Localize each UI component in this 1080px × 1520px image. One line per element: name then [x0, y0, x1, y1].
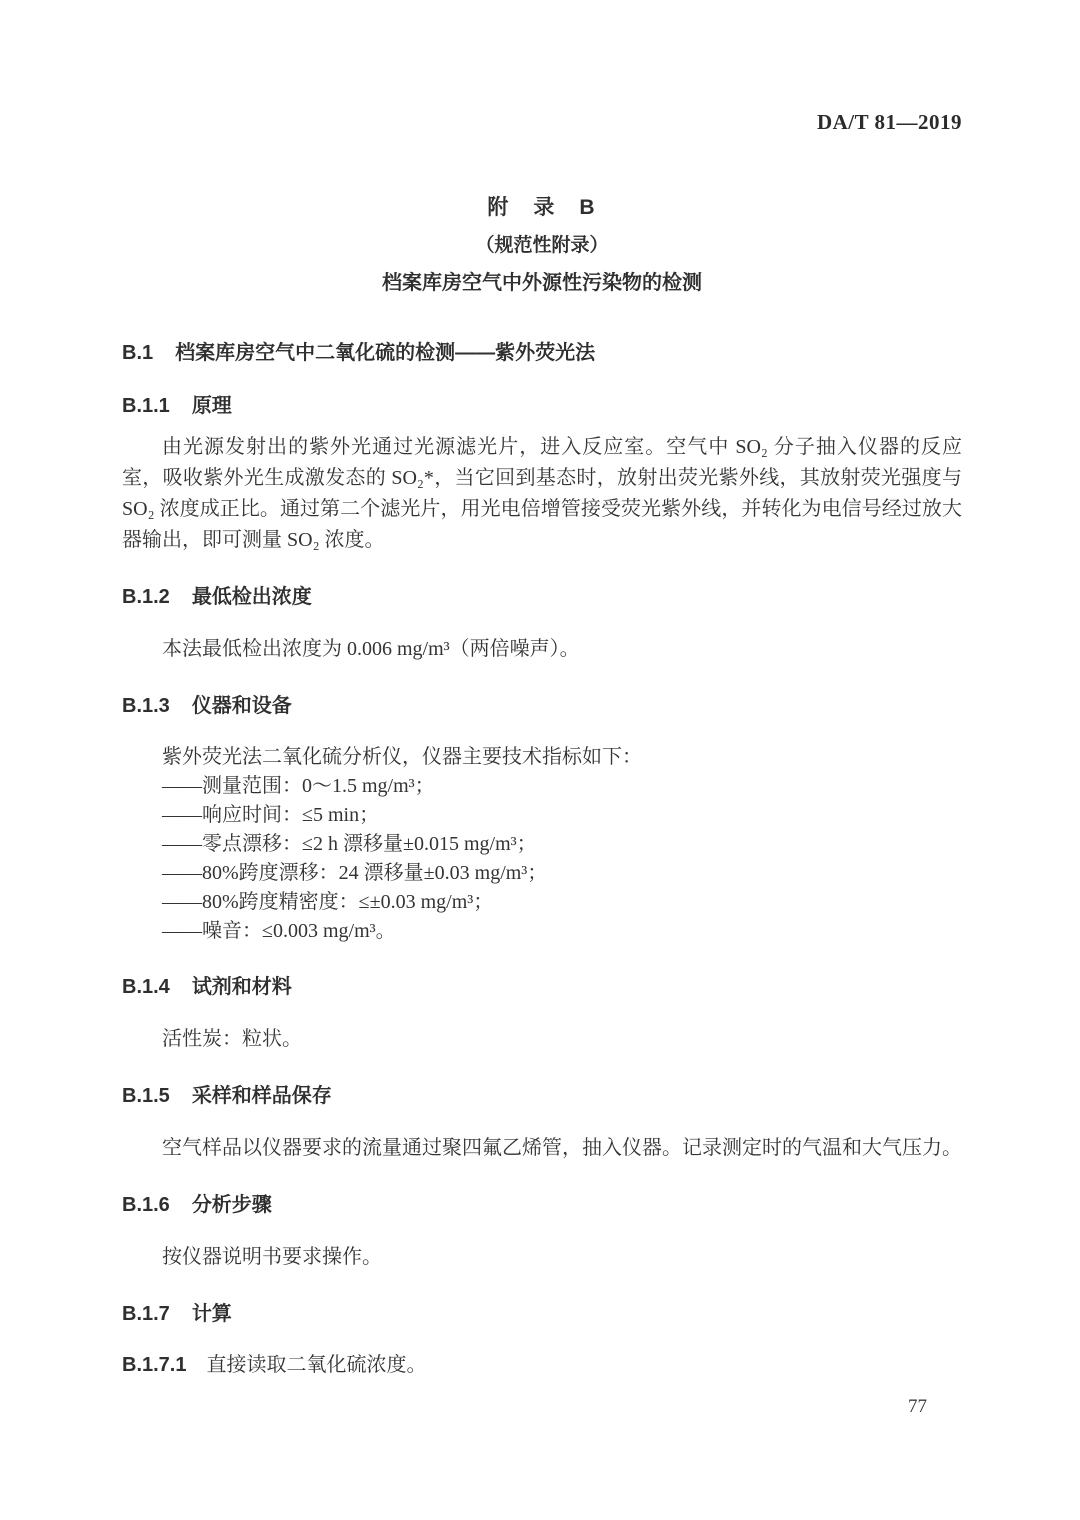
- spec-item-noise: ——噪音：≤0.003 mg/m³。: [122, 917, 962, 946]
- section-b15-heading: B.1.5采样和样品保存: [122, 1084, 962, 1108]
- section-b12-heading: B.1.2最低检出浓度: [122, 585, 962, 609]
- clause-b171-text: 直接读取二氧化硫浓度。: [206, 1354, 426, 1376]
- section-b15-number: B.1.5: [122, 1085, 170, 1107]
- section-b17-title: 计算: [192, 1303, 232, 1325]
- section-b16-title: 分析步骤: [192, 1194, 272, 1216]
- spec-item-span-drift: ——80%跨度漂移：24 漂移量±0.03 mg/m³；: [122, 859, 962, 888]
- instrument-intro: 紫外荧光法二氧化硫分析仪，仪器主要技术指标如下：: [122, 743, 962, 772]
- section-b11-heading: B.1.1原理: [122, 394, 962, 418]
- paragraph-sampling: 空气样品以仪器要求的流量通过聚四氟乙烯管，抽入仪器。记录测定时的气温和大气压力。: [122, 1133, 962, 1164]
- standard-number: DA/T 81—2019: [122, 110, 962, 135]
- section-b13-number: B.1.3: [122, 695, 170, 717]
- page-number: 77: [908, 1396, 927, 1418]
- paragraph-analysis-steps: 按仪器说明书要求操作。: [122, 1242, 962, 1273]
- section-b15-title: 采样和样品保存: [192, 1085, 332, 1107]
- section-b14-number: B.1.4: [122, 976, 170, 998]
- section-b12-title: 最低检出浓度: [192, 586, 312, 608]
- section-b16-number: B.1.6: [122, 1194, 170, 1216]
- section-b14-title: 试剂和材料: [192, 976, 292, 998]
- section-b16-heading: B.1.6分析步骤: [122, 1193, 962, 1217]
- appendix-title: 附 录 B: [122, 191, 962, 221]
- section-b1-title: 档案库房空气中二氧化硫的检测——紫外荧光法: [175, 342, 595, 364]
- paragraph-principle: 由光源发射出的紫外光通过光源滤光片，进入反应室。空气中 SO₂ 分子抽入仪器的反…: [122, 432, 962, 556]
- section-b12-number: B.1.2: [122, 586, 170, 608]
- instrument-spec-list: ——测量范围：0～1.5 mg/m³； ——响应时间：≤5 min； ——零点漂…: [122, 772, 962, 946]
- appendix-main-heading: 档案库房空气中外源性污染物的检测: [122, 266, 962, 295]
- section-b13-heading: B.1.3仪器和设备: [122, 694, 962, 718]
- section-b14-heading: B.1.4试剂和材料: [122, 975, 962, 999]
- spec-item-range: ——测量范围：0～1.5 mg/m³；: [122, 772, 962, 801]
- section-b1-heading: B.1档案库房空气中二氧化硫的检测——紫外荧光法: [122, 341, 962, 365]
- clause-b171-number: B.1.7.1: [122, 1354, 186, 1376]
- section-b11-number: B.1.1: [122, 395, 170, 417]
- appendix-subtitle: （规范性附录）: [122, 230, 962, 257]
- section-b1-number: B.1: [122, 342, 153, 364]
- spec-item-response-time: ——响应时间：≤5 min；: [122, 801, 962, 830]
- section-b17-heading: B.1.7计算: [122, 1302, 962, 1326]
- spec-item-zero-drift: ——零点漂移：≤2 h 漂移量±0.015 mg/m³；: [122, 830, 962, 859]
- clause-b171: B.1.7.1直接读取二氧化硫浓度。: [122, 1353, 962, 1377]
- paragraph-detection-limit: 本法最低检出浓度为 0.006 mg/m³（两倍噪声）。: [122, 634, 962, 665]
- paragraph-reagents: 活性炭：粒状。: [122, 1024, 962, 1055]
- spec-item-span-precision: ——80%跨度精密度：≤±0.03 mg/m³；: [122, 888, 962, 917]
- section-b17-number: B.1.7: [122, 1303, 170, 1325]
- document-page: DA/T 81—2019 附 录 B （规范性附录） 档案库房空气中外源性污染物…: [0, 0, 1080, 1520]
- section-b11-title: 原理: [192, 395, 232, 417]
- section-b13-title: 仪器和设备: [192, 695, 292, 717]
